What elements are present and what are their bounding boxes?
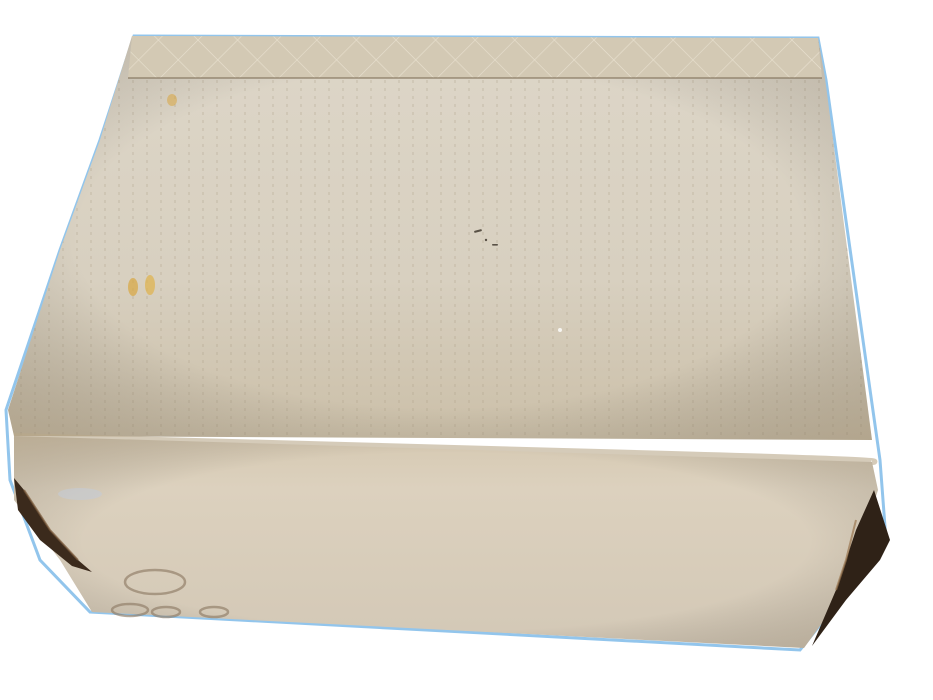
cardboard-box-illustration xyxy=(0,0,933,700)
photo-scene xyxy=(0,0,933,700)
